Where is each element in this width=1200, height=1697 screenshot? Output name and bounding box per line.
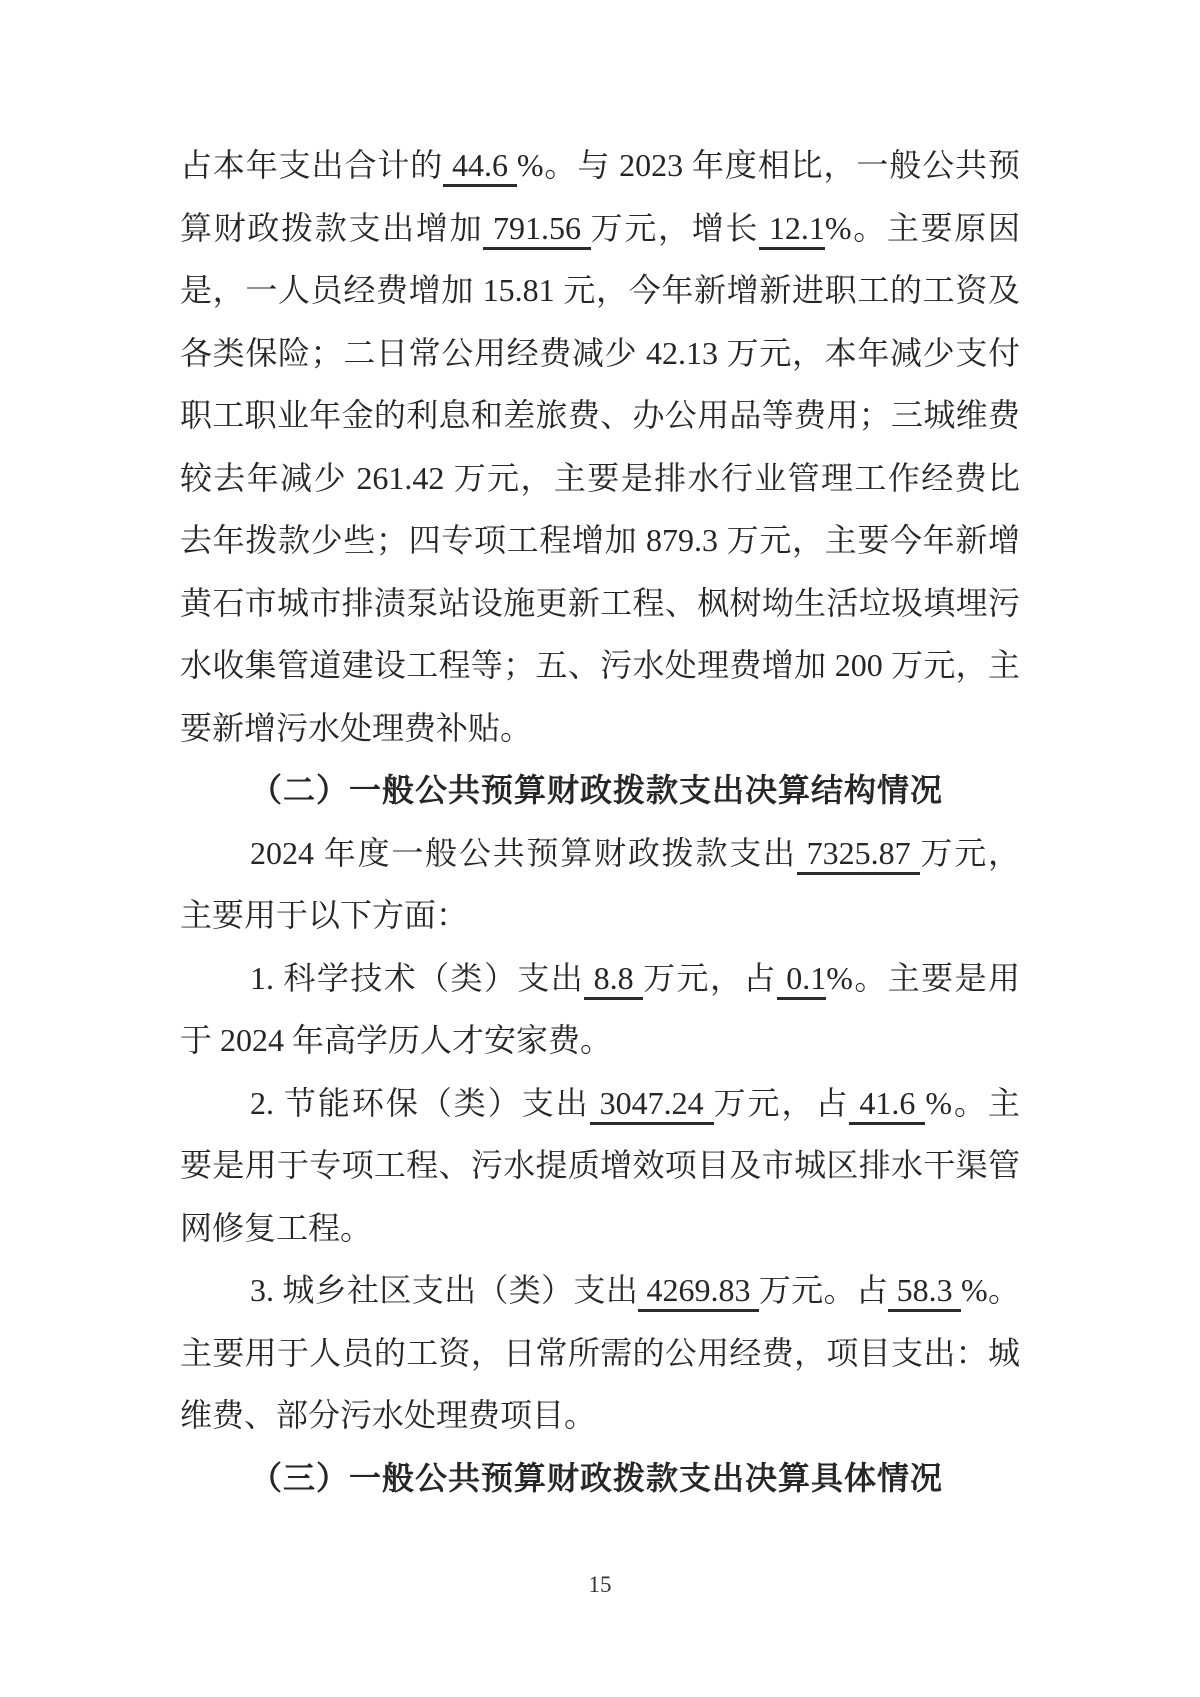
document-page: 占本年支出合计的 44.6 %。与 2023 年度相比，一般公共预算财政拨款支出… [0,0,1200,1697]
text-line: 主要用于以下方面： [180,884,1020,947]
text-segment: 2. 节能环保（类）支出 [250,1085,590,1121]
text-segment: %。主要原因 [825,210,1020,246]
text-line: 2024 年度一般公共预算财政拨款支出 7325.87 万元， [180,822,1020,885]
text-segment: 2024 年度一般公共预算财政拨款支出 [250,835,797,871]
text-line: 2. 节能环保（类）支出 3047.24 万元，占 41.6 %。主 [180,1072,1020,1135]
text-line: 占本年支出合计的 44.6 %。与 2023 年度相比，一般公共预 [180,134,1020,197]
text-segment: 主要用于人员的工资，日常所需的公用经费，项目支出：城 [180,1335,1020,1371]
underlined-value: 7325.87 [797,835,921,875]
text-segment: %。主 [925,1085,1020,1121]
text-segment: %。与 2023 年度相比，一般公共预 [517,147,1020,183]
page-number: 15 [0,1572,1200,1598]
text-segment: 黄石市城市排渍泵站设施更新工程、枫树坳生活垃圾填埋污 [180,585,1020,621]
text-segment: 要新增污水处理费补贴。 [180,710,532,746]
underlined-value: 0.1 [777,960,826,1000]
text-line: 要是用于专项工程、污水提质增效项目及市城区排水干渠管 [180,1134,1020,1197]
text-segment: 维费、部分污水处理费项目。 [180,1397,596,1433]
text-segment: 万元， [920,835,1020,871]
text-segment: 要是用于专项工程、污水提质增效项目及市城区排水干渠管 [180,1147,1020,1183]
document-body: 占本年支出合计的 44.6 %。与 2023 年度相比，一般公共预算财政拨款支出… [180,134,1020,1509]
text-line: 是，一人员经费增加 15.81 元，今年新增新进职工的工资及 [180,259,1020,322]
text-segment: 万元，占 [714,1085,850,1121]
text-line: 较去年减少 261.42 万元，主要是排水行业管理工作经费比 [180,447,1020,510]
text-segment: 算财政拨款支出增加 [180,210,483,246]
text-segment: （二）一般公共预算财政拨款支出决算结构情况 [250,772,943,808]
text-segment: 万元。占 [759,1272,888,1308]
text-segment: 万元，增长 [591,210,759,246]
underlined-value: 12.1 [759,210,825,250]
underlined-value: 791.56 [483,210,590,250]
text-line: 水收集管道建设工程等；五、污水处理费增加 200 万元，主 [180,634,1020,697]
text-line: 3. 城乡社区支出（类）支出 4269.83 万元。占 58.3 %。 [180,1259,1020,1322]
text-line: 1. 科学技术（类）支出 8.8 万元，占 0.1%。主要是用 [180,947,1020,1010]
underlined-value: 41.6 [849,1085,925,1125]
text-line: 于 2024 年高学历人才安家费。 [180,1009,1020,1072]
text-segment: 水收集管道建设工程等；五、污水处理费增加 200 万元，主 [180,647,1020,683]
text-line: 黄石市城市排渍泵站设施更新工程、枫树坳生活垃圾填埋污 [180,572,1020,635]
text-segment: 1. 科学技术（类）支出 [250,960,584,996]
underlined-value: 44.6 [443,147,517,187]
text-segment: 主要用于以下方面： [180,897,468,933]
text-line: 维费、部分污水处理费项目。 [180,1384,1020,1447]
text-line: 算财政拨款支出增加 791.56 万元，增长 12.1%。主要原因 [180,197,1020,260]
text-segment: 各类保险；二日常公用经费减少 42.13 万元，本年减少支付 [180,335,1020,371]
text-segment: 是，一人员经费增加 15.81 元，今年新增新进职工的工资及 [180,272,1020,308]
underlined-value: 8.8 [584,960,643,1000]
text-segment: 职工职业年金的利息和差旅费、办公用品等费用；三城维费 [180,397,1020,433]
text-line: 要新增污水处理费补贴。 [180,697,1020,760]
text-segment: 万元，占 [643,960,777,996]
section-heading: （二）一般公共预算财政拨款支出决算结构情况 [180,759,1020,822]
text-segment: （三）一般公共预算财政拨款支出决算具体情况 [250,1460,943,1496]
text-segment: 占本年支出合计的 [180,147,443,183]
text-line: 各类保险；二日常公用经费减少 42.13 万元，本年减少支付 [180,322,1020,385]
text-segment: 网修复工程。 [180,1210,372,1246]
text-segment: %。主要是用 [826,960,1020,996]
text-segment: %。 [961,1272,1020,1308]
text-line: 职工职业年金的利息和差旅费、办公用品等费用；三城维费 [180,384,1020,447]
underlined-value: 3047.24 [590,1085,714,1125]
text-segment: 较去年减少 261.42 万元，主要是排水行业管理工作经费比 [180,460,1020,496]
underlined-value: 4269.83 [638,1272,759,1312]
text-line: 网修复工程。 [180,1197,1020,1260]
underlined-value: 58.3 [888,1272,961,1312]
section-heading: （三）一般公共预算财政拨款支出决算具体情况 [180,1447,1020,1510]
text-segment: 3. 城乡社区支出（类）支出 [250,1272,638,1308]
text-segment: 于 2024 年高学历人才安家费。 [180,1022,612,1058]
text-segment: 去年拨款少些；四专项工程增加 879.3 万元，主要今年新增 [180,522,1020,558]
text-line: 主要用于人员的工资，日常所需的公用经费，项目支出：城 [180,1322,1020,1385]
text-line: 去年拨款少些；四专项工程增加 879.3 万元，主要今年新增 [180,509,1020,572]
